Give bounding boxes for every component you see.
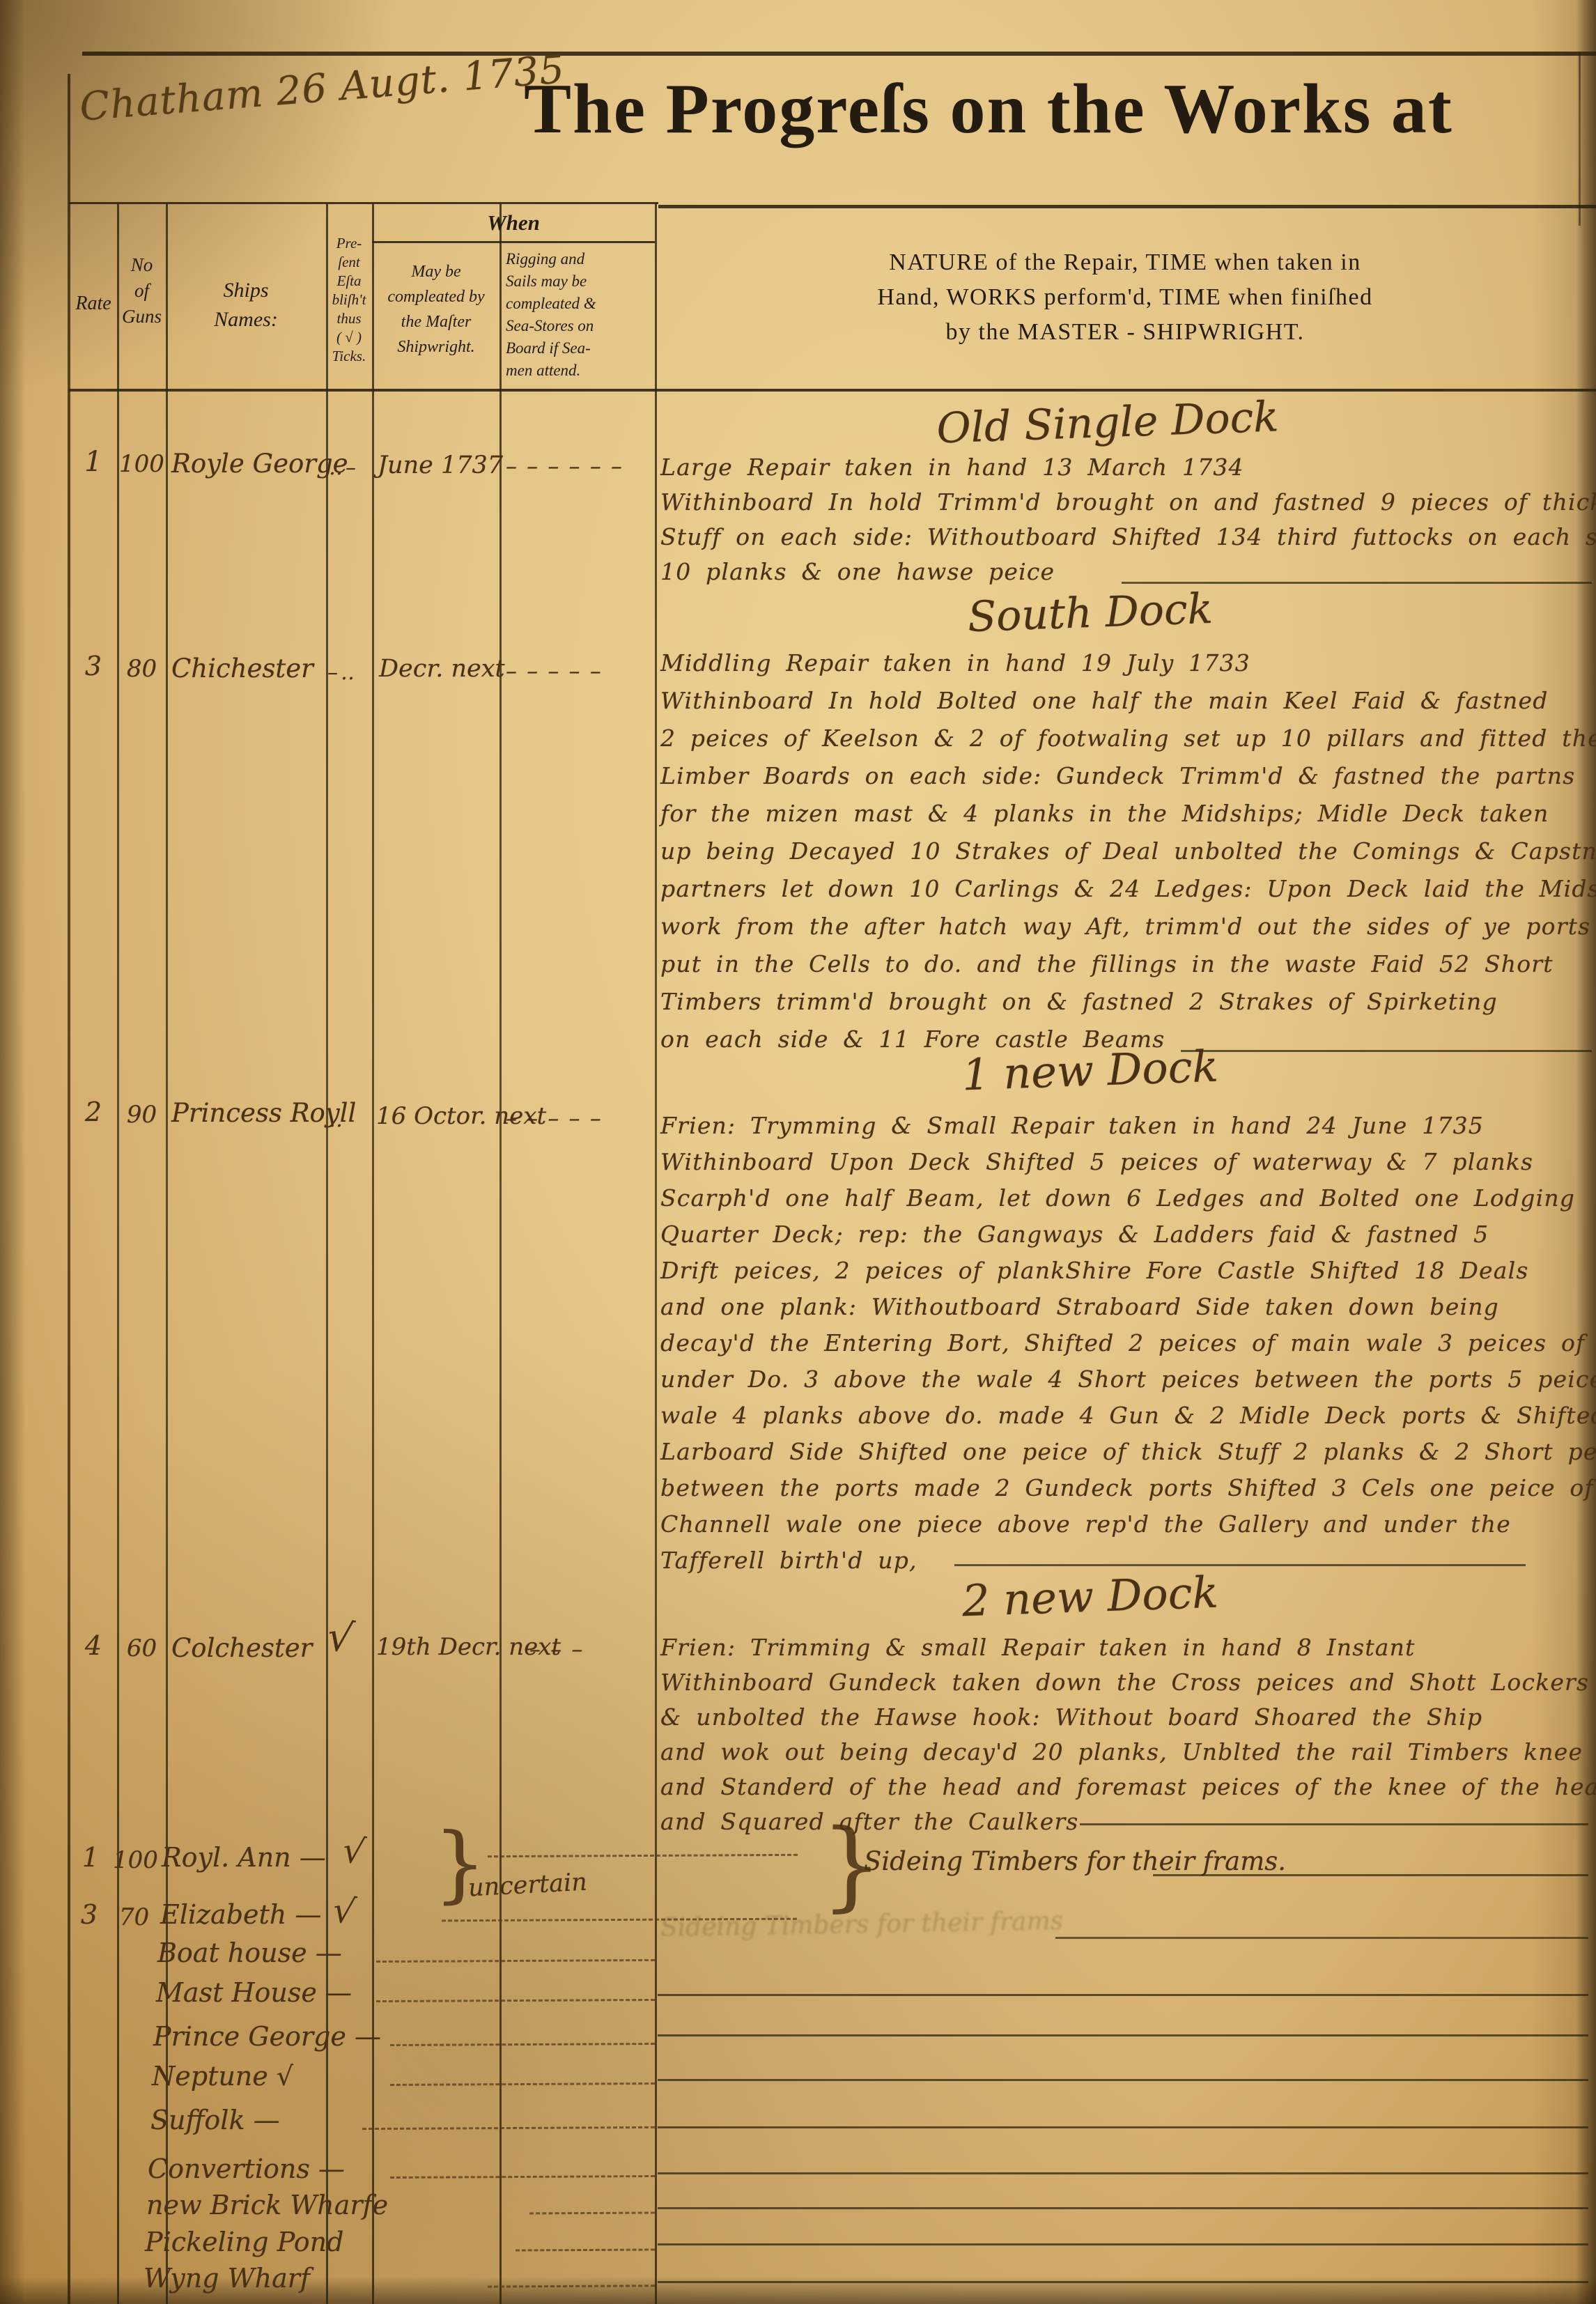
repair-line: work from the after hatch way Aft, trimm… <box>660 908 1596 945</box>
repair-paragraph: Middling Repair taken in hand 19 July 17… <box>660 644 1596 1058</box>
yard-row-name: Neptune √ <box>152 2061 293 2092</box>
dash-line <box>488 2284 655 2287</box>
yard-row-name: Prince George — <box>153 2021 381 2052</box>
repair-line: Middling Repair taken in hand 19 July 17… <box>660 644 1596 682</box>
dash-line <box>362 2126 655 2130</box>
tick-mark: √ <box>330 1889 359 1933</box>
dash-line <box>390 2082 655 2086</box>
dash-line <box>390 2175 655 2179</box>
when-underline-rule <box>372 241 655 243</box>
completion-date: Decr. next <box>379 655 505 683</box>
col-header-rigging: Rigging and Sails may be compleated & Se… <box>506 248 651 382</box>
col-header-rigging-line: men attend. <box>506 359 651 382</box>
header-top-rule-nature <box>658 205 1596 208</box>
page-title: The Progreſs on the Works at <box>524 68 1453 150</box>
repair-line: and one plank: Withoutboard Straboard Si… <box>660 1289 1596 1325</box>
repair-line: Scarph'd one half Beam, let down 6 Ledge… <box>660 1180 1596 1216</box>
yard-row-name: new Brick Wharfe <box>146 2190 388 2220</box>
col-header-present-line: Eſta <box>326 272 372 291</box>
col-header-rigging-line: Board if Sea- <box>506 337 651 359</box>
row-rule <box>658 2281 1588 2283</box>
ship-name: Elizabeth — <box>160 1899 321 1930</box>
col-header-rigging-line: Sea-Stores on <box>506 315 651 337</box>
row-rule <box>658 2126 1588 2128</box>
repair-line: wale 4 planks above do. made 4 Gun & 2 M… <box>660 1398 1596 1434</box>
ship-rate: 1 <box>67 1842 114 1873</box>
col-header-nature-line: Hand, WORKS perform'd, TIME when finiſhe… <box>665 280 1585 315</box>
col-header-present-line: thus <box>326 309 372 328</box>
repair-line: decay'd the Entering Bort, Shifted 2 pei… <box>660 1325 1596 1361</box>
col-header-present-line: bliſh't <box>326 291 372 309</box>
col-header-may-line: Shipwright. <box>373 334 499 359</box>
left-border-rule <box>68 74 70 2304</box>
filler-rule <box>1080 1823 1588 1825</box>
col-header-present-line: Ticks. <box>326 347 372 366</box>
ship-rate: 3 <box>65 1899 113 1930</box>
tick-mark: √ <box>340 1830 369 1873</box>
row-rule <box>658 2172 1588 2174</box>
dash-line <box>376 1959 655 1963</box>
repair-line: and wok out being decay'd 20 planks, Unb… <box>660 1735 1596 1770</box>
tick-mark: ‥ <box>329 1108 346 1132</box>
col-header-may-line: compleated by <box>373 284 499 309</box>
row-rule <box>658 1994 1588 1996</box>
repair-line: for the mizen mast & 4 planks in the Mid… <box>660 795 1596 833</box>
col-header-ships-line: Ships <box>166 276 326 305</box>
repair-paragraph: Frien: Trymming & Small Repair taken in … <box>660 1108 1596 1579</box>
col-rule-may-rigging <box>499 203 502 2304</box>
right-edge-rule <box>1579 52 1581 226</box>
col-header-nature-line: by the MASTER - SHIPWRIGHT. <box>665 315 1585 350</box>
col-header-guns-line: Guns <box>118 304 166 330</box>
ship-name: Chichester <box>171 654 313 683</box>
col-header-present-line: ſent <box>326 253 372 272</box>
col-header-guns-line: No <box>118 252 166 278</box>
dash-line <box>390 2043 655 2046</box>
header-top-rule-left <box>69 202 658 204</box>
ship-name: Royl. Ann — <box>162 1842 326 1873</box>
yard-row-name: Wyng Wharf <box>144 2263 310 2294</box>
ship-guns: 100 <box>118 450 166 478</box>
repair-line: put in the Cells to do. and the fillings… <box>660 945 1596 983</box>
repair-line: and Squared after the Caulkers <box>660 1804 1596 1839</box>
ship-guns: 70 <box>110 1903 158 1931</box>
repair-line: under Do. 3 above the wale 4 Short peice… <box>660 1361 1596 1398</box>
filler-rule <box>1055 1937 1588 1939</box>
repair-line: Larboard Side Shifted one peice of thick… <box>660 1434 1596 1470</box>
date-annotation: Chatham 26 Augt. 1735 <box>78 47 566 130</box>
repair-line: between the ports made 2 Gundeck ports S… <box>660 1470 1596 1506</box>
col-header-ships-line: Names: <box>166 305 326 334</box>
tick-mark: ‥– <box>329 456 359 480</box>
repair-line: Stuff on each side: Withoutboard Shifted… <box>660 520 1596 555</box>
col-rule-rigging-nature <box>655 203 657 2304</box>
repair-line: & unbolted the Hawse hook: Without board… <box>660 1700 1596 1735</box>
ship-guns: 100 <box>111 1846 160 1874</box>
completion-date: June 1737 <box>378 451 503 479</box>
col-header-ships: Ships Names: <box>166 276 326 334</box>
col-header-nature: NATURE of the Repair, TIME when taken in… <box>665 245 1585 350</box>
col-header-present-line: ( √ ) <box>326 328 372 347</box>
ship-rate: 2 <box>70 1097 117 1127</box>
yard-row-name: Pickeling Pond <box>145 2227 343 2257</box>
uncertain-label: uncertain <box>467 1869 588 1903</box>
erased-note: Sideing Timbers for their frams <box>660 1907 1064 1942</box>
yard-row-name: Convertions — <box>148 2154 345 2184</box>
repair-line: and Standerd of the head and foremast pe… <box>660 1770 1596 1804</box>
repair-line: Drift peices, 2 peices of plankShire For… <box>660 1253 1596 1289</box>
rigging-dashes: – – – – – <box>506 658 603 684</box>
col-rule-tick-may <box>372 203 374 2304</box>
dash-line <box>376 1999 655 2002</box>
repair-line: Withinboard Upon Deck Shifted 5 peices o… <box>660 1144 1596 1180</box>
dash-line <box>529 2212 655 2215</box>
ship-name: Royle George <box>171 449 348 479</box>
yard-row-name: Mast House — <box>156 1977 352 2008</box>
ship-rate: 4 <box>70 1630 117 1661</box>
col-header-present-line: Pre- <box>326 234 372 253</box>
repair-line: Withinboard Gundeck taken down the Cross… <box>660 1665 1596 1700</box>
ship-guns: 60 <box>118 1634 166 1662</box>
repair-line: Withinboard In hold Bolted one half the … <box>660 682 1596 720</box>
col-header-nature-line: NATURE of the Repair, TIME when taken in <box>665 245 1585 280</box>
row-rule <box>658 2243 1588 2245</box>
col-header-may-completed: May be compleated by the Maſter Shipwrig… <box>373 259 499 359</box>
ship-rate: 1 <box>70 446 117 478</box>
rigging-dashes: – – – – – – <box>506 453 623 479</box>
col-header-present-establish: Pre- ſent Eſta bliſh't thus ( √ ) Ticks. <box>326 234 372 366</box>
col-header-rigging-line: Rigging and <box>506 248 651 270</box>
siding-timbers-note: Sideing Timbers for their frams. <box>864 1846 1286 1876</box>
col-header-when: When <box>372 210 655 235</box>
col-header-guns-line: of <box>118 278 166 304</box>
repair-line: Quarter Deck; rep: the Gangways & Ladder… <box>660 1216 1596 1253</box>
filler-rule <box>1153 1874 1588 1876</box>
repair-line: Channell wale one piece above rep'd the … <box>660 1506 1596 1543</box>
dash-line <box>516 2248 655 2251</box>
col-rule-rate-guns <box>117 203 119 2304</box>
repair-line: Large Repair taken in hand 13 March 1734 <box>660 450 1596 485</box>
repair-line: Frien: Trymming & Small Repair taken in … <box>660 1108 1596 1144</box>
row-rule <box>658 2207 1588 2209</box>
repair-line: partners let down 10 Carlings & 24 Ledge… <box>660 870 1596 908</box>
tick-mark: –‥ <box>327 660 357 685</box>
repair-paragraph: Large Repair taken in hand 13 March 1734… <box>660 450 1596 589</box>
col-header-may-line: the Maſter <box>373 309 499 334</box>
top-rule <box>82 52 1596 56</box>
ship-rate: 3 <box>70 651 117 681</box>
col-header-rigging-line: Sails may be <box>506 270 651 293</box>
document-page: Chatham 26 Augt. 1735 The Progreſs on th… <box>0 0 1596 2304</box>
col-header-rate: Rate <box>70 293 117 315</box>
col-header-guns: No of Guns <box>118 252 166 330</box>
repair-line: Withinboard In hold Trimm'd brought on a… <box>660 485 1596 520</box>
repair-line: up being Decayed 10 Strakes of Deal unbo… <box>660 833 1596 870</box>
yard-row-name: Suffolk — <box>150 2105 280 2135</box>
rigging-dashes: – – – <box>529 1636 584 1662</box>
repair-line: Frien: Trimming & small Repair taken in … <box>660 1630 1596 1665</box>
rigging-dashes: – – – – – <box>506 1105 603 1131</box>
yard-row-name: Boat house — <box>157 1938 342 1968</box>
row-rule <box>658 2034 1588 2036</box>
ship-guns: 80 <box>118 655 166 683</box>
col-header-rigging-line: compleated & <box>506 293 651 315</box>
col-header-may-line: May be <box>373 259 499 284</box>
row-rule <box>658 2079 1588 2081</box>
ship-guns: 90 <box>118 1101 166 1129</box>
repair-paragraph: Frien: Trimming & small Repair taken in … <box>660 1630 1596 1839</box>
repair-line: 2 peices of Keelson & 2 of footwaling se… <box>660 720 1596 757</box>
tick-mark: √ <box>324 1612 357 1663</box>
repair-line: Limber Boards on each side: Gundeck Trim… <box>660 757 1596 795</box>
dash-line <box>488 1854 798 1857</box>
ship-name: Colchester <box>171 1633 312 1663</box>
repair-line: Timbers trimm'd brought on & fastned 2 S… <box>660 983 1596 1021</box>
